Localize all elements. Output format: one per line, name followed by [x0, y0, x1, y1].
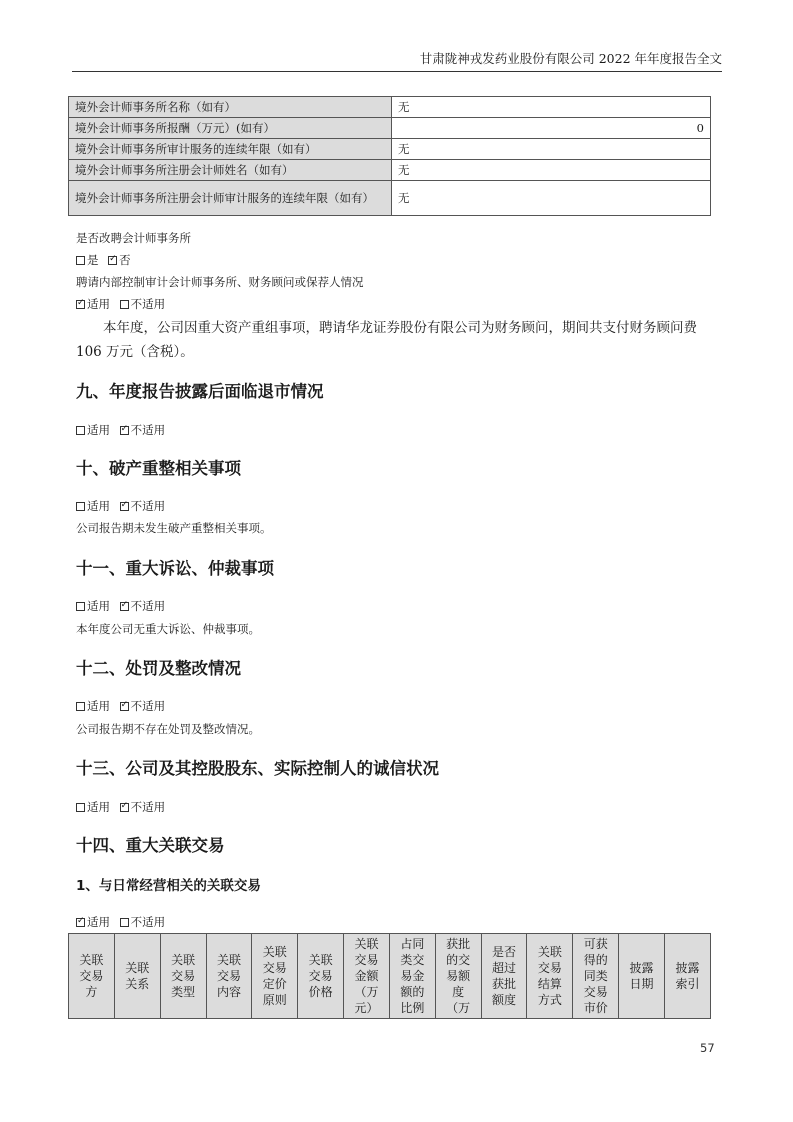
table-row: 境外会计师事务所审计服务的连续年限（如有） 无 [69, 139, 711, 160]
table-row: 境外会计师事务所名称（如有） 无 [69, 97, 711, 118]
change-auditor-options: 是 否 [76, 252, 137, 268]
option-label: 是 [87, 253, 99, 267]
option-label: 适用 [87, 499, 110, 513]
option-applicable[interactable]: 适用 [76, 599, 110, 613]
internal-control-options: 适用 不适用 [76, 296, 171, 312]
table-row: 境外会计师事务所注册会计师审计服务的连续年限（如有） 无 [69, 181, 711, 216]
option-label: 适用 [87, 915, 110, 929]
checkbox-unchecked-icon[interactable] [76, 502, 85, 511]
section-options: 适用 不适用 [76, 498, 171, 514]
option-label: 适用 [87, 297, 110, 311]
option-label: 不适用 [131, 423, 166, 437]
option-not-applicable[interactable]: 不适用 [120, 599, 166, 613]
checkbox-checked-icon[interactable] [120, 426, 129, 435]
option-label: 不适用 [131, 499, 166, 513]
option-label: 否 [119, 253, 131, 267]
option-applicable[interactable]: 适用 [76, 699, 110, 713]
table-row: 境外会计师事务所报酬（万元）(如有） 0 [69, 118, 711, 139]
option-not-applicable[interactable]: 不适用 [120, 423, 166, 437]
checkbox-checked-icon[interactable] [108, 256, 117, 265]
col-header: 关联交易方 [69, 934, 115, 1019]
col-header: 关联交易内容 [206, 934, 252, 1019]
option-not-applicable[interactable]: 不适用 [120, 297, 166, 311]
checkbox-unchecked-icon[interactable] [120, 918, 129, 927]
checkbox-checked-icon[interactable] [120, 502, 129, 511]
checkbox-unchecked-icon[interactable] [76, 702, 85, 711]
row-value: 无 [392, 139, 711, 160]
col-header: 关联交易定价原则 [252, 934, 298, 1019]
col-header: 关联交易类型 [160, 934, 206, 1019]
checkbox-checked-icon[interactable] [120, 803, 129, 812]
checkbox-checked-icon[interactable] [120, 702, 129, 711]
overseas-auditor-table: 境外会计师事务所名称（如有） 无 境外会计师事务所报酬（万元）(如有） 0 境外… [68, 96, 711, 216]
checkbox-unchecked-icon[interactable] [76, 803, 85, 812]
option-applicable[interactable]: 适用 [76, 915, 110, 929]
internal-control-question: 聘请内部控制审计会计师事务所、财务顾问或保荐人情况 [76, 274, 364, 290]
section-options: 适用 不适用 [76, 598, 171, 614]
section-title-delisting: 九、年度报告披露后面临退市情况 [76, 381, 324, 403]
col-header: 可获得的同类交易市价 [573, 934, 619, 1019]
option-applicable[interactable]: 适用 [76, 297, 110, 311]
option-applicable[interactable]: 适用 [76, 423, 110, 437]
section-options: 适用 不适用 [76, 914, 171, 930]
related-transactions-table: 关联交易方 关联关系 关联交易类型 关联交易内容 关联交易定价原则 关联交易价格… [68, 933, 711, 1019]
option-not-applicable[interactable]: 不适用 [120, 800, 166, 814]
option-not-applicable[interactable]: 不适用 [120, 499, 166, 513]
checkbox-unchecked-icon[interactable] [120, 300, 129, 309]
row-label: 境外会计师事务所报酬（万元）(如有） [69, 118, 392, 139]
col-header: 是否超过获批额度 [481, 934, 527, 1019]
row-label: 境外会计师事务所注册会计师审计服务的连续年限（如有） [69, 181, 392, 216]
section-options: 适用 不适用 [76, 422, 171, 438]
option-yes[interactable]: 是 [76, 253, 99, 267]
option-label: 不适用 [131, 297, 166, 311]
option-applicable[interactable]: 适用 [76, 499, 110, 513]
checkbox-checked-icon[interactable] [120, 602, 129, 611]
table-header-row: 关联交易方 关联关系 关联交易类型 关联交易内容 关联交易定价原则 关联交易价格… [69, 934, 711, 1019]
col-header: 获批的交易额度（万 [435, 934, 481, 1019]
option-label: 适用 [87, 800, 110, 814]
section-title-penalties: 十二、处罚及整改情况 [76, 658, 241, 680]
option-no[interactable]: 否 [108, 253, 131, 267]
option-label: 不适用 [131, 699, 166, 713]
col-header: 关联交易结算方式 [527, 934, 573, 1019]
row-label: 境外会计师事务所审计服务的连续年限（如有） [69, 139, 392, 160]
row-value: 0 [392, 118, 711, 139]
option-applicable[interactable]: 适用 [76, 800, 110, 814]
section-note: 本年度公司无重大诉讼、仲裁事项。 [76, 621, 260, 637]
subsection-title-daily-operations: 1、与日常经营相关的关联交易 [76, 876, 261, 896]
option-not-applicable[interactable]: 不适用 [120, 915, 166, 929]
row-value: 无 [392, 181, 711, 216]
col-header: 披露日期 [619, 934, 665, 1019]
section-note: 公司报告期未发生破产重整相关事项。 [76, 520, 272, 536]
financial-advisor-paragraph: 本年度，公司因重大资产重组事项，聘请华龙证券股份有限公司为财务顾问，期间共支付财… [76, 316, 716, 364]
checkbox-unchecked-icon[interactable] [76, 256, 85, 265]
option-not-applicable[interactable]: 不适用 [120, 699, 166, 713]
col-header: 披露索引 [664, 934, 710, 1019]
row-label: 境外会计师事务所名称（如有） [69, 97, 392, 118]
section-title-integrity: 十三、公司及其控股股东、实际控制人的诚信状况 [76, 758, 439, 780]
table-row: 境外会计师事务所注册会计师姓名（如有） 无 [69, 160, 711, 181]
option-label: 不适用 [131, 915, 166, 929]
option-label: 适用 [87, 699, 110, 713]
checkbox-unchecked-icon[interactable] [76, 602, 85, 611]
option-label: 适用 [87, 423, 110, 437]
checkbox-unchecked-icon[interactable] [76, 426, 85, 435]
checkbox-checked-icon[interactable] [76, 300, 85, 309]
section-title-bankruptcy: 十、破产重整相关事项 [76, 458, 241, 480]
option-label: 不适用 [131, 800, 166, 814]
row-value: 无 [392, 97, 711, 118]
option-label: 适用 [87, 599, 110, 613]
col-header: 关联关系 [114, 934, 160, 1019]
col-header: 占同类交易金额的比例 [389, 934, 435, 1019]
section-title-litigation: 十一、重大诉讼、仲裁事项 [76, 558, 274, 580]
page-header: 甘肃陇神戎发药业股份有限公司 2022 年年度报告全文 [72, 49, 722, 72]
change-auditor-question: 是否改聘会计师事务所 [76, 230, 191, 246]
section-title-related-transactions: 十四、重大关联交易 [76, 835, 225, 857]
section-options: 适用 不适用 [76, 799, 171, 815]
checkbox-checked-icon[interactable] [76, 918, 85, 927]
row-label: 境外会计师事务所注册会计师姓名（如有） [69, 160, 392, 181]
section-note: 公司报告期不存在处罚及整改情况。 [76, 721, 260, 737]
col-header: 关联交易价格 [298, 934, 344, 1019]
page-number: 57 [700, 1041, 715, 1055]
row-value: 无 [392, 160, 711, 181]
section-options: 适用 不适用 [76, 698, 171, 714]
option-label: 不适用 [131, 599, 166, 613]
col-header: 关联交易金额（万元） [344, 934, 390, 1019]
